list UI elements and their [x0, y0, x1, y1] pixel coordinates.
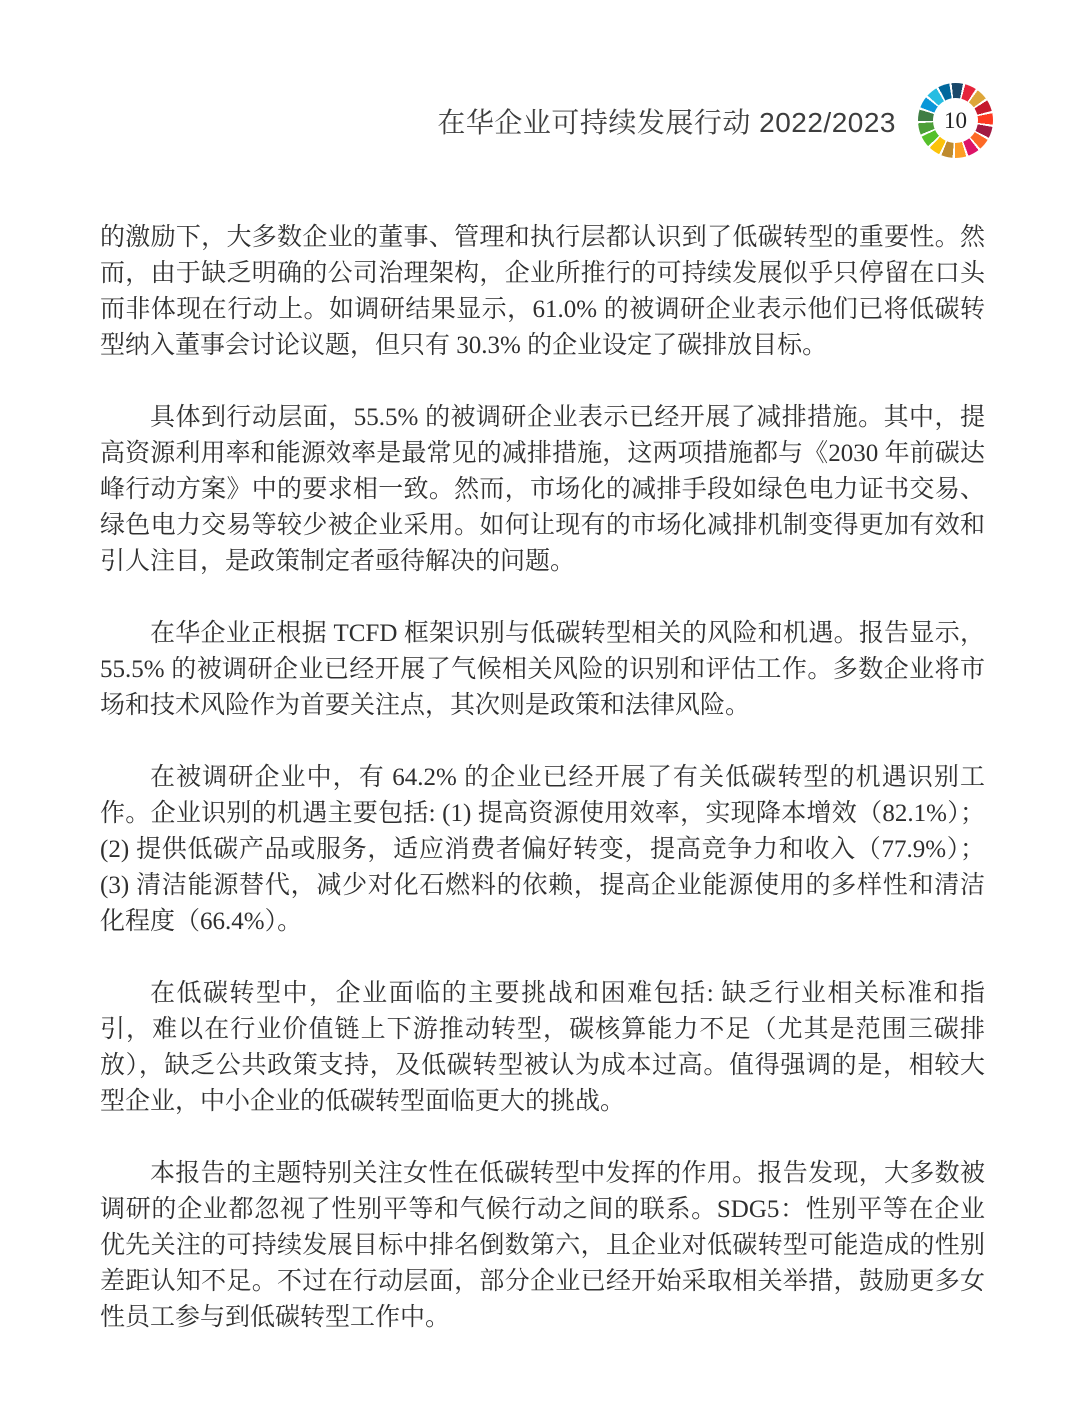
page-number: 10 — [933, 98, 978, 143]
page-header: 在华企业可持续发展行动 2022/2023 10 — [0, 0, 1080, 158]
report-title: 在华企业可持续发展行动 2022/2023 — [437, 101, 896, 141]
sdg-wheel-icon: 10 — [918, 83, 993, 158]
body-paragraph: 具体到行动层面，55.5% 的被调研企业表示已经开展了减排措施。其中，提高资源利… — [100, 400, 985, 580]
body-paragraph: 的激励下，大多数企业的董事、管理和执行层都认识到了低碳转型的重要性。然而，由于缺… — [100, 220, 985, 364]
body-paragraph: 在低碳转型中，企业面临的主要挑战和困难包括: 缺乏行业相关标准和指引，难以在行业… — [100, 976, 985, 1120]
body-paragraph: 本报告的主题特别关注女性在低碳转型中发挥的作用。报告发现，大多数被调研的企业都忽… — [100, 1156, 985, 1336]
body-paragraph: 在华企业正根据 TCFD 框架识别与低碳转型相关的风险和机遇。报告显示，55.5… — [100, 616, 985, 724]
body-paragraph: 在被调研企业中，有 64.2% 的企业已经开展了有关低碳转型的机遇识别工作。企业… — [100, 760, 985, 940]
report-page: 在华企业可持续发展行动 2022/2023 10 的激励下，大多数企业的董事、管… — [0, 0, 1080, 1418]
body-text: 的激励下，大多数企业的董事、管理和执行层都认识到了低碳转型的重要性。然而，由于缺… — [100, 220, 985, 1336]
